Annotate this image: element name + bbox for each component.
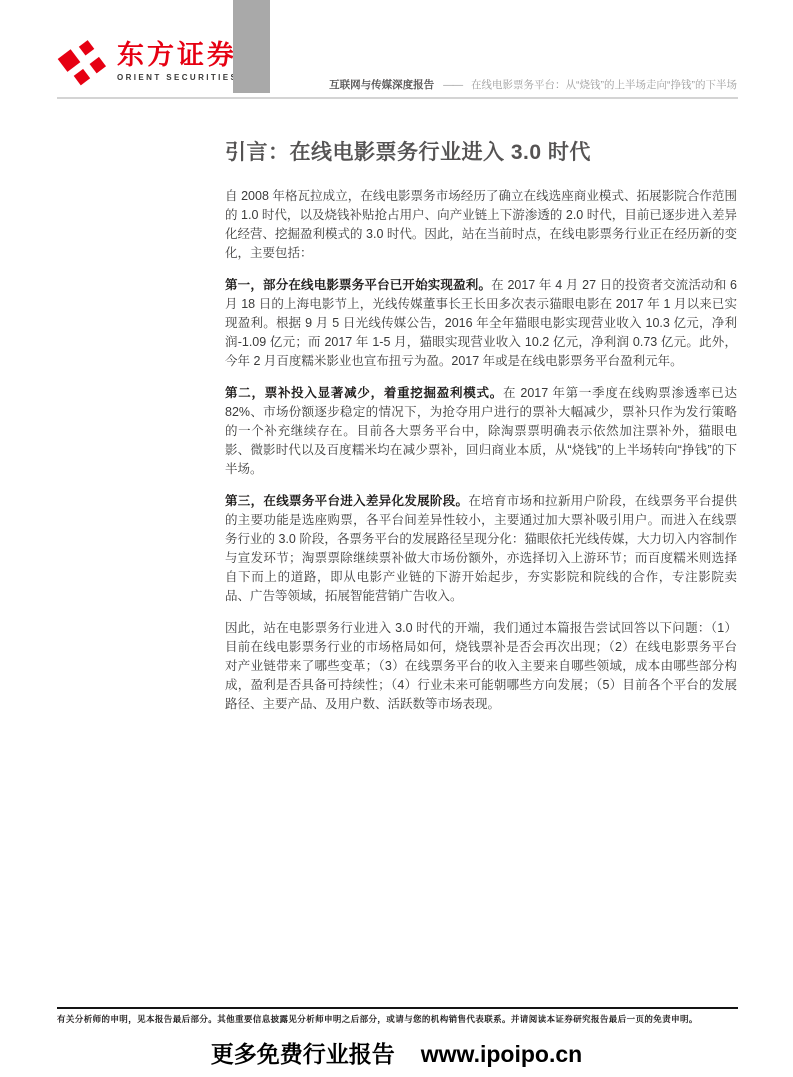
brand-name-en: ORIENT SECURITIES [117,74,238,82]
paragraph-intro: 自 2008 年格瓦拉成立，在线电影票务市场经历了确立在线选座商业模式、拓展影院… [225,187,737,263]
paragraph-text: 在培育市场和拉新用户阶段，在线票务平台提供的主要功能是选座购票，各平台间差异性较… [225,494,737,603]
footer-disclaimer: 有关分析师的申明，见本报告最后部分。其他重要信息披露见分析师申明之后部分，或请与… [57,1013,738,1025]
promo-banner: 更多免费行业报告www.ipoipo.cn [0,1036,793,1069]
paragraph-point-1: 第一，部分在线电影票务平台已开始实现盈利。在 2017 年 4 月 27 日的投… [225,276,737,371]
paragraph-text: 因此，站在电影票务行业进入 3.0 时代的开端，我们通过本篇报告尝试回答以下问题… [225,621,737,711]
paragraph-lead: 第二，票补投入显著减少，着重挖掘盈利模式。 [225,386,503,400]
report-subtitle: 在线电影票务平台：从“烧钱”的上半场走向“挣钱”的下半场 [471,79,737,91]
paragraph-lead: 第三，在线票务平台进入差异化发展阶段。 [225,494,468,508]
orient-securities-pinwheel-icon [57,36,109,88]
report-header-line: 互联网与传媒深度报告 —— 在线电影票务平台：从“烧钱”的上半场走向“挣钱”的下… [237,77,737,92]
report-series-label: 互联网与传媒深度报告 [329,79,434,91]
header-separator-dash: —— [443,79,462,91]
paragraph-point-3: 第三，在线票务平台进入差异化发展阶段。在培育市场和拉新用户阶段，在线票务平台提供… [225,492,737,606]
paragraph-text: 自 2008 年格瓦拉成立，在线电影票务市场经历了确立在线选座商业模式、拓展影院… [225,189,737,260]
footer-divider [57,1007,738,1009]
paragraph-point-2: 第二，票补投入显著减少，着重挖掘盈利模式。在 2017 年第一季度在线购票渗透率… [225,384,737,479]
paragraph-summary: 因此，站在电影票务行业进入 3.0 时代的开端，我们通过本篇报告尝试回答以下问题… [225,619,737,714]
brand-name-cn: 东方证券 [117,42,238,69]
article-body: 引言：在线电影票务行业进入 3.0 时代 自 2008 年格瓦拉成立，在线电影票… [225,136,737,727]
header-divider [57,97,738,99]
promo-banner-link[interactable]: www.ipoipo.cn [421,1041,582,1067]
brand-logo: 东方证券 ORIENT SECURITIES [57,36,238,88]
article-title: 引言：在线电影票务行业进入 3.0 时代 [225,136,737,166]
paragraph-lead: 第一，部分在线电影票务平台已开始实现盈利。 [225,278,491,292]
promo-banner-text: 更多免费行业报告 [211,1041,395,1067]
report-page: 东方证券 ORIENT SECURITIES 互联网与传媒深度报告 —— 在线电… [0,0,793,1077]
